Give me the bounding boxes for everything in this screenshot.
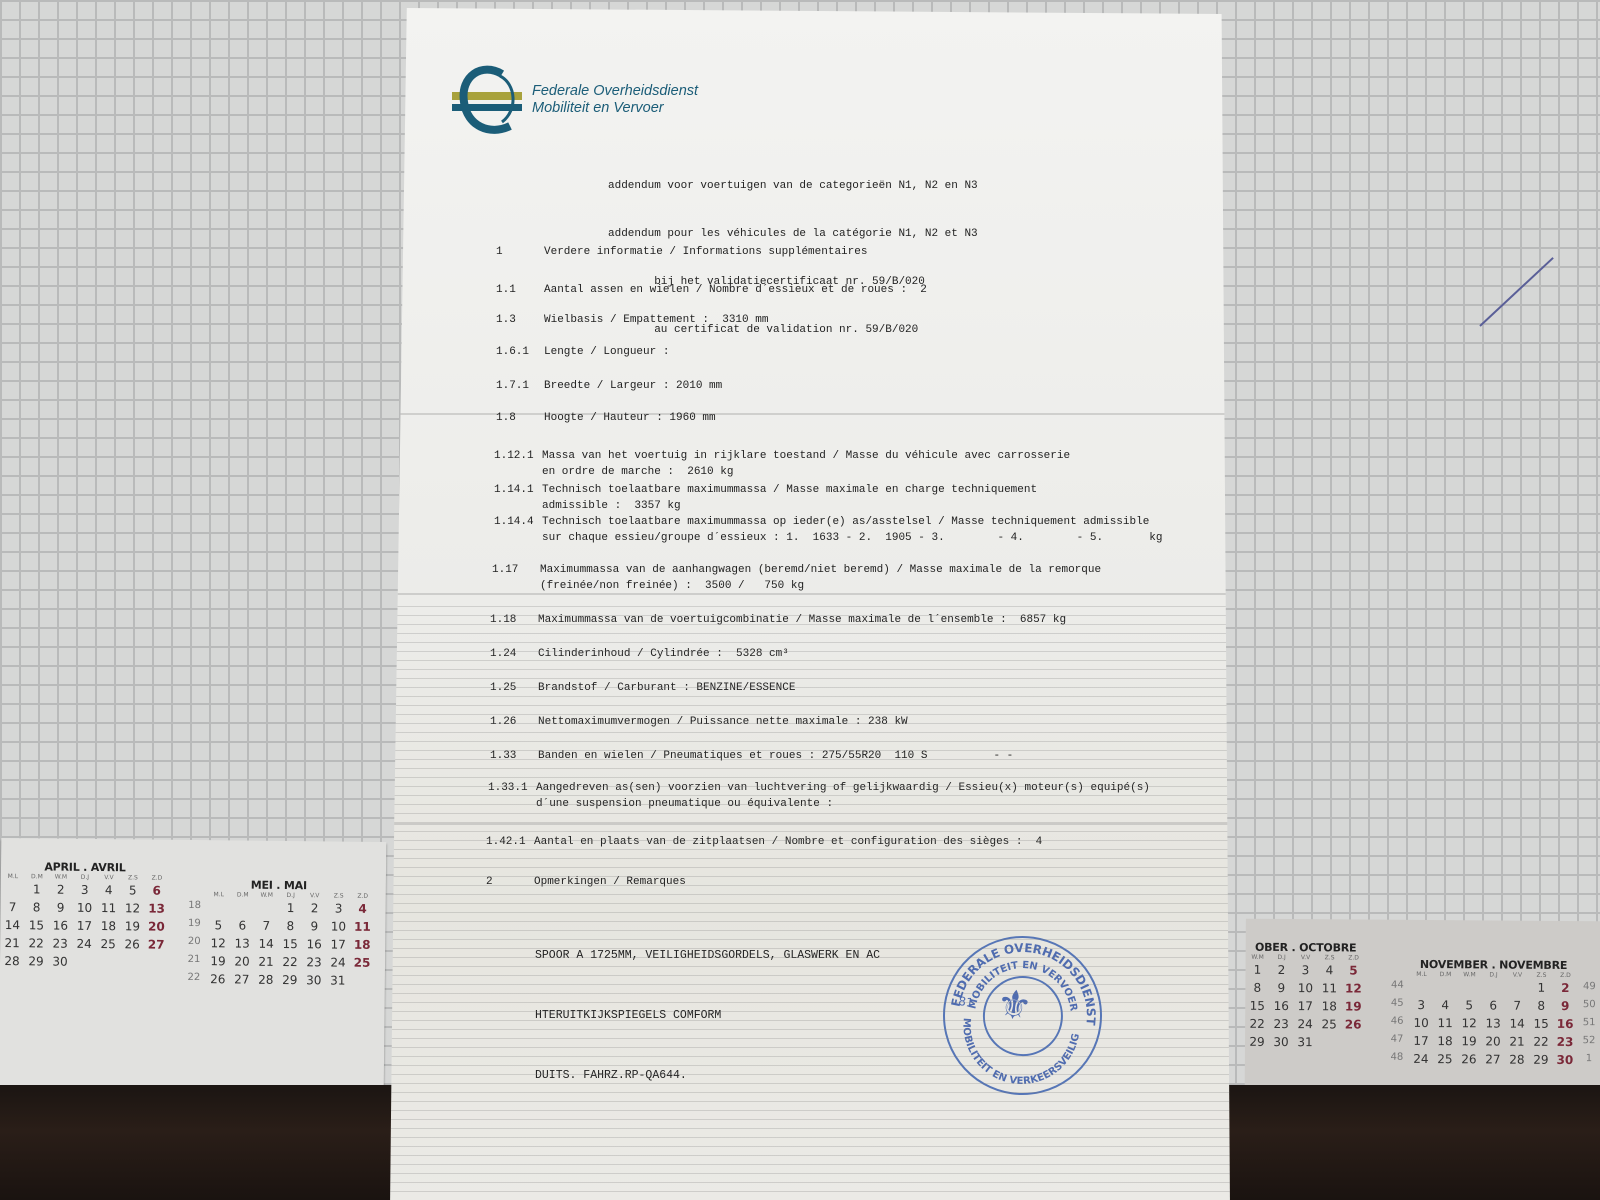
item-text: Brandstof / Carburant : BENZINE/ESSENCE bbox=[538, 680, 795, 696]
item-text: Cilinderinhoud / Cylindrée : 5328 cm³ bbox=[538, 646, 789, 662]
header-line: addendum voor voertuigen van de categori… bbox=[608, 178, 978, 194]
validation-certificate-addendum: Federale Overheidsdienst Mobiliteit en V… bbox=[390, 8, 1230, 1200]
item-row: 1.17Maximummassa van de aanhangwagen (be… bbox=[492, 562, 1101, 594]
item-row: 1.26Nettomaximumvermogen / Puissance net… bbox=[490, 714, 908, 730]
item-row: 1.33Banden en wielen / Pneumatiques et r… bbox=[490, 748, 1013, 764]
fod-logo: Federale Overheidsdienst Mobiliteit en V… bbox=[452, 64, 698, 136]
item-number: 1.24 bbox=[490, 646, 538, 662]
item-row: 1.7.1Breedte / Largeur : 2010 mm bbox=[496, 378, 722, 394]
calendar-sheet-left: APRIL . AVRILM.LD.MW.MD.JV.VZ.SZ.D123456… bbox=[0, 838, 386, 1092]
item-row: 1Verdere informatie / Informations suppl… bbox=[496, 244, 867, 260]
calendar-weekday-header: M.LD.MW.MD.JV.VZ.SZ.D bbox=[183, 891, 375, 900]
item-text: Technisch toelaatbare maximummassa / Mas… bbox=[542, 482, 1037, 514]
item-number: 1.12.1 bbox=[494, 448, 542, 480]
item-text: Aantal en plaats van de zitplaatsen / No… bbox=[534, 834, 1042, 850]
stamp-number: 81 bbox=[957, 994, 974, 1010]
item-text: Lengte / Longueur : bbox=[544, 344, 669, 360]
calendar-weekday-header: M.LD.MW.MD.JV.VZ.SZ.D bbox=[1, 873, 169, 882]
paper-fold bbox=[390, 823, 1230, 825]
item-row: 1.25Brandstof / Carburant : BENZINE/ESSE… bbox=[490, 680, 795, 696]
item-text: Aantal assen en wielen / Nombre d´essieu… bbox=[544, 282, 927, 298]
item-number: 2 bbox=[486, 874, 534, 890]
item-number: 1.18 bbox=[490, 612, 538, 628]
item-row: 1.6.1Lengte / Longueur : bbox=[496, 344, 669, 360]
item-text: Hoogte / Hauteur : 1960 mm bbox=[544, 410, 716, 426]
belgian-coat-of-arms-icon: ⚜ bbox=[993, 980, 1035, 1031]
item-text: Technisch toelaatbare maximummassa op ie… bbox=[542, 514, 1163, 546]
header-line: addendum pour les véhicules de la catégo… bbox=[608, 226, 978, 242]
item-number: 1.7.1 bbox=[496, 378, 544, 394]
item-number: 1 bbox=[496, 244, 544, 260]
item-row: 1.33.1Aangedreven as(sen) voorzien van l… bbox=[488, 780, 1150, 812]
calendar-days: 1812341956789101120121314151617182119202… bbox=[182, 900, 375, 988]
calendar-october: OBER . OCTOBREW.MD.JV.VZ.SZ.D12345891011… bbox=[1245, 941, 1366, 1050]
calendar-weekday-header: W.MD.JV.VZ.SZ.D bbox=[1246, 954, 1366, 962]
item-text: Maximummassa van de voertuigcombinatie /… bbox=[538, 612, 1066, 628]
item-number: 1.3 bbox=[496, 312, 544, 328]
calendar-days: 123458910111215161718192223242526293031 bbox=[1245, 963, 1366, 1050]
item-number: 1.42.1 bbox=[486, 834, 534, 850]
item-number: 1.14.4 bbox=[494, 514, 542, 546]
item-row: 1.12.1Massa van het voertuig in rijklare… bbox=[494, 448, 1070, 480]
logo-line-1: Federale Overheidsdienst bbox=[532, 83, 698, 100]
item-number: 1.14.1 bbox=[494, 482, 542, 514]
item-number: 1.8 bbox=[496, 410, 544, 426]
item-text: Breedte / Largeur : 2010 mm bbox=[544, 378, 722, 394]
calendar-weekday-header: M.LD.MW.MD.JV.VZ.SZ.D bbox=[1385, 971, 1600, 980]
item-number: 1.33 bbox=[490, 748, 538, 764]
calendar-days: 1234567891011121314151617181920212223242… bbox=[0, 882, 169, 970]
official-stamp: FEDERALE OVERHEIDSDIENST MOBILITEIT EN V… bbox=[933, 926, 1113, 1106]
logo-line-2: Mobiliteit en Vervoer bbox=[532, 100, 698, 117]
remarks-block: SPOOR A 1725MM, VEILIGHEIDSGORDELS, GLAS… bbox=[535, 906, 880, 1126]
remark-line: HTERUITKIJKSPIEGELS COMFORM bbox=[535, 1006, 880, 1026]
item-number: 1.1 bbox=[496, 282, 544, 298]
calendar-april: APRIL . AVRILM.LD.MW.MD.JV.VZ.SZ.D123456… bbox=[0, 860, 169, 970]
remark-line: DUITS. FAHRZ.RP-QA644. bbox=[535, 1066, 880, 1086]
item-row: 1.14.1Technisch toelaatbare maximummassa… bbox=[494, 482, 1037, 514]
item-number: 1.25 bbox=[490, 680, 538, 696]
calendar-month-title: OBER . OCTOBRE bbox=[1246, 941, 1366, 955]
item-number: 1.17 bbox=[492, 562, 540, 594]
item-row: 1.42.1Aantal en plaats van de zitplaatse… bbox=[486, 834, 1042, 850]
item-row: 1.14.4Technisch toelaatbare maximummassa… bbox=[494, 514, 1163, 546]
item-text: Nettomaximumvermogen / Puissance nette m… bbox=[538, 714, 908, 730]
item-row: 1.8Hoogte / Hauteur : 1960 mm bbox=[496, 410, 716, 426]
item-number: 1.6.1 bbox=[496, 344, 544, 360]
item-text: Aangedreven as(sen) voorzien van luchtve… bbox=[536, 780, 1150, 812]
item-number: 1.33.1 bbox=[488, 780, 536, 812]
item-text: Opmerkingen / Remarques bbox=[534, 874, 686, 890]
item-text: Banden en wielen / Pneumatiques et roues… bbox=[538, 748, 1013, 764]
item-row: 1.18Maximummassa van de voertuigcombinat… bbox=[490, 612, 1066, 628]
item-row: 1.1Aantal assen en wielen / Nombre d´ess… bbox=[496, 282, 927, 298]
item-row: 1.3Wielbasis / Empattement : 3310 mm bbox=[496, 312, 768, 328]
item-text: Wielbasis / Empattement : 3310 mm bbox=[544, 312, 768, 328]
item-text: Maximummassa van de aanhangwagen (beremd… bbox=[540, 562, 1101, 594]
calendar-days: 4412494534567895046101112131415165147171… bbox=[1385, 980, 1600, 1068]
fod-logo-icon bbox=[452, 64, 526, 136]
calendar-may: MEI . MAIM.LD.MW.MD.JV.VZ.SZ.D1812341956… bbox=[182, 878, 375, 988]
item-row: 2Opmerkingen / Remarques bbox=[486, 874, 686, 890]
remark-line: SPOOR A 1725MM, VEILIGHEIDSGORDELS, GLAS… bbox=[535, 946, 880, 966]
item-text: Verdere informatie / Informations supplé… bbox=[544, 244, 867, 260]
calendar-november: NOVEMBER . NOVEMBREM.LD.MW.MD.JV.VZ.SZ.D… bbox=[1385, 958, 1600, 1068]
item-text: Massa van het voertuig in rijklare toest… bbox=[542, 448, 1070, 480]
item-row: 1.24Cilinderinhoud / Cylindrée : 5328 cm… bbox=[490, 646, 789, 662]
item-number: 1.26 bbox=[490, 714, 538, 730]
